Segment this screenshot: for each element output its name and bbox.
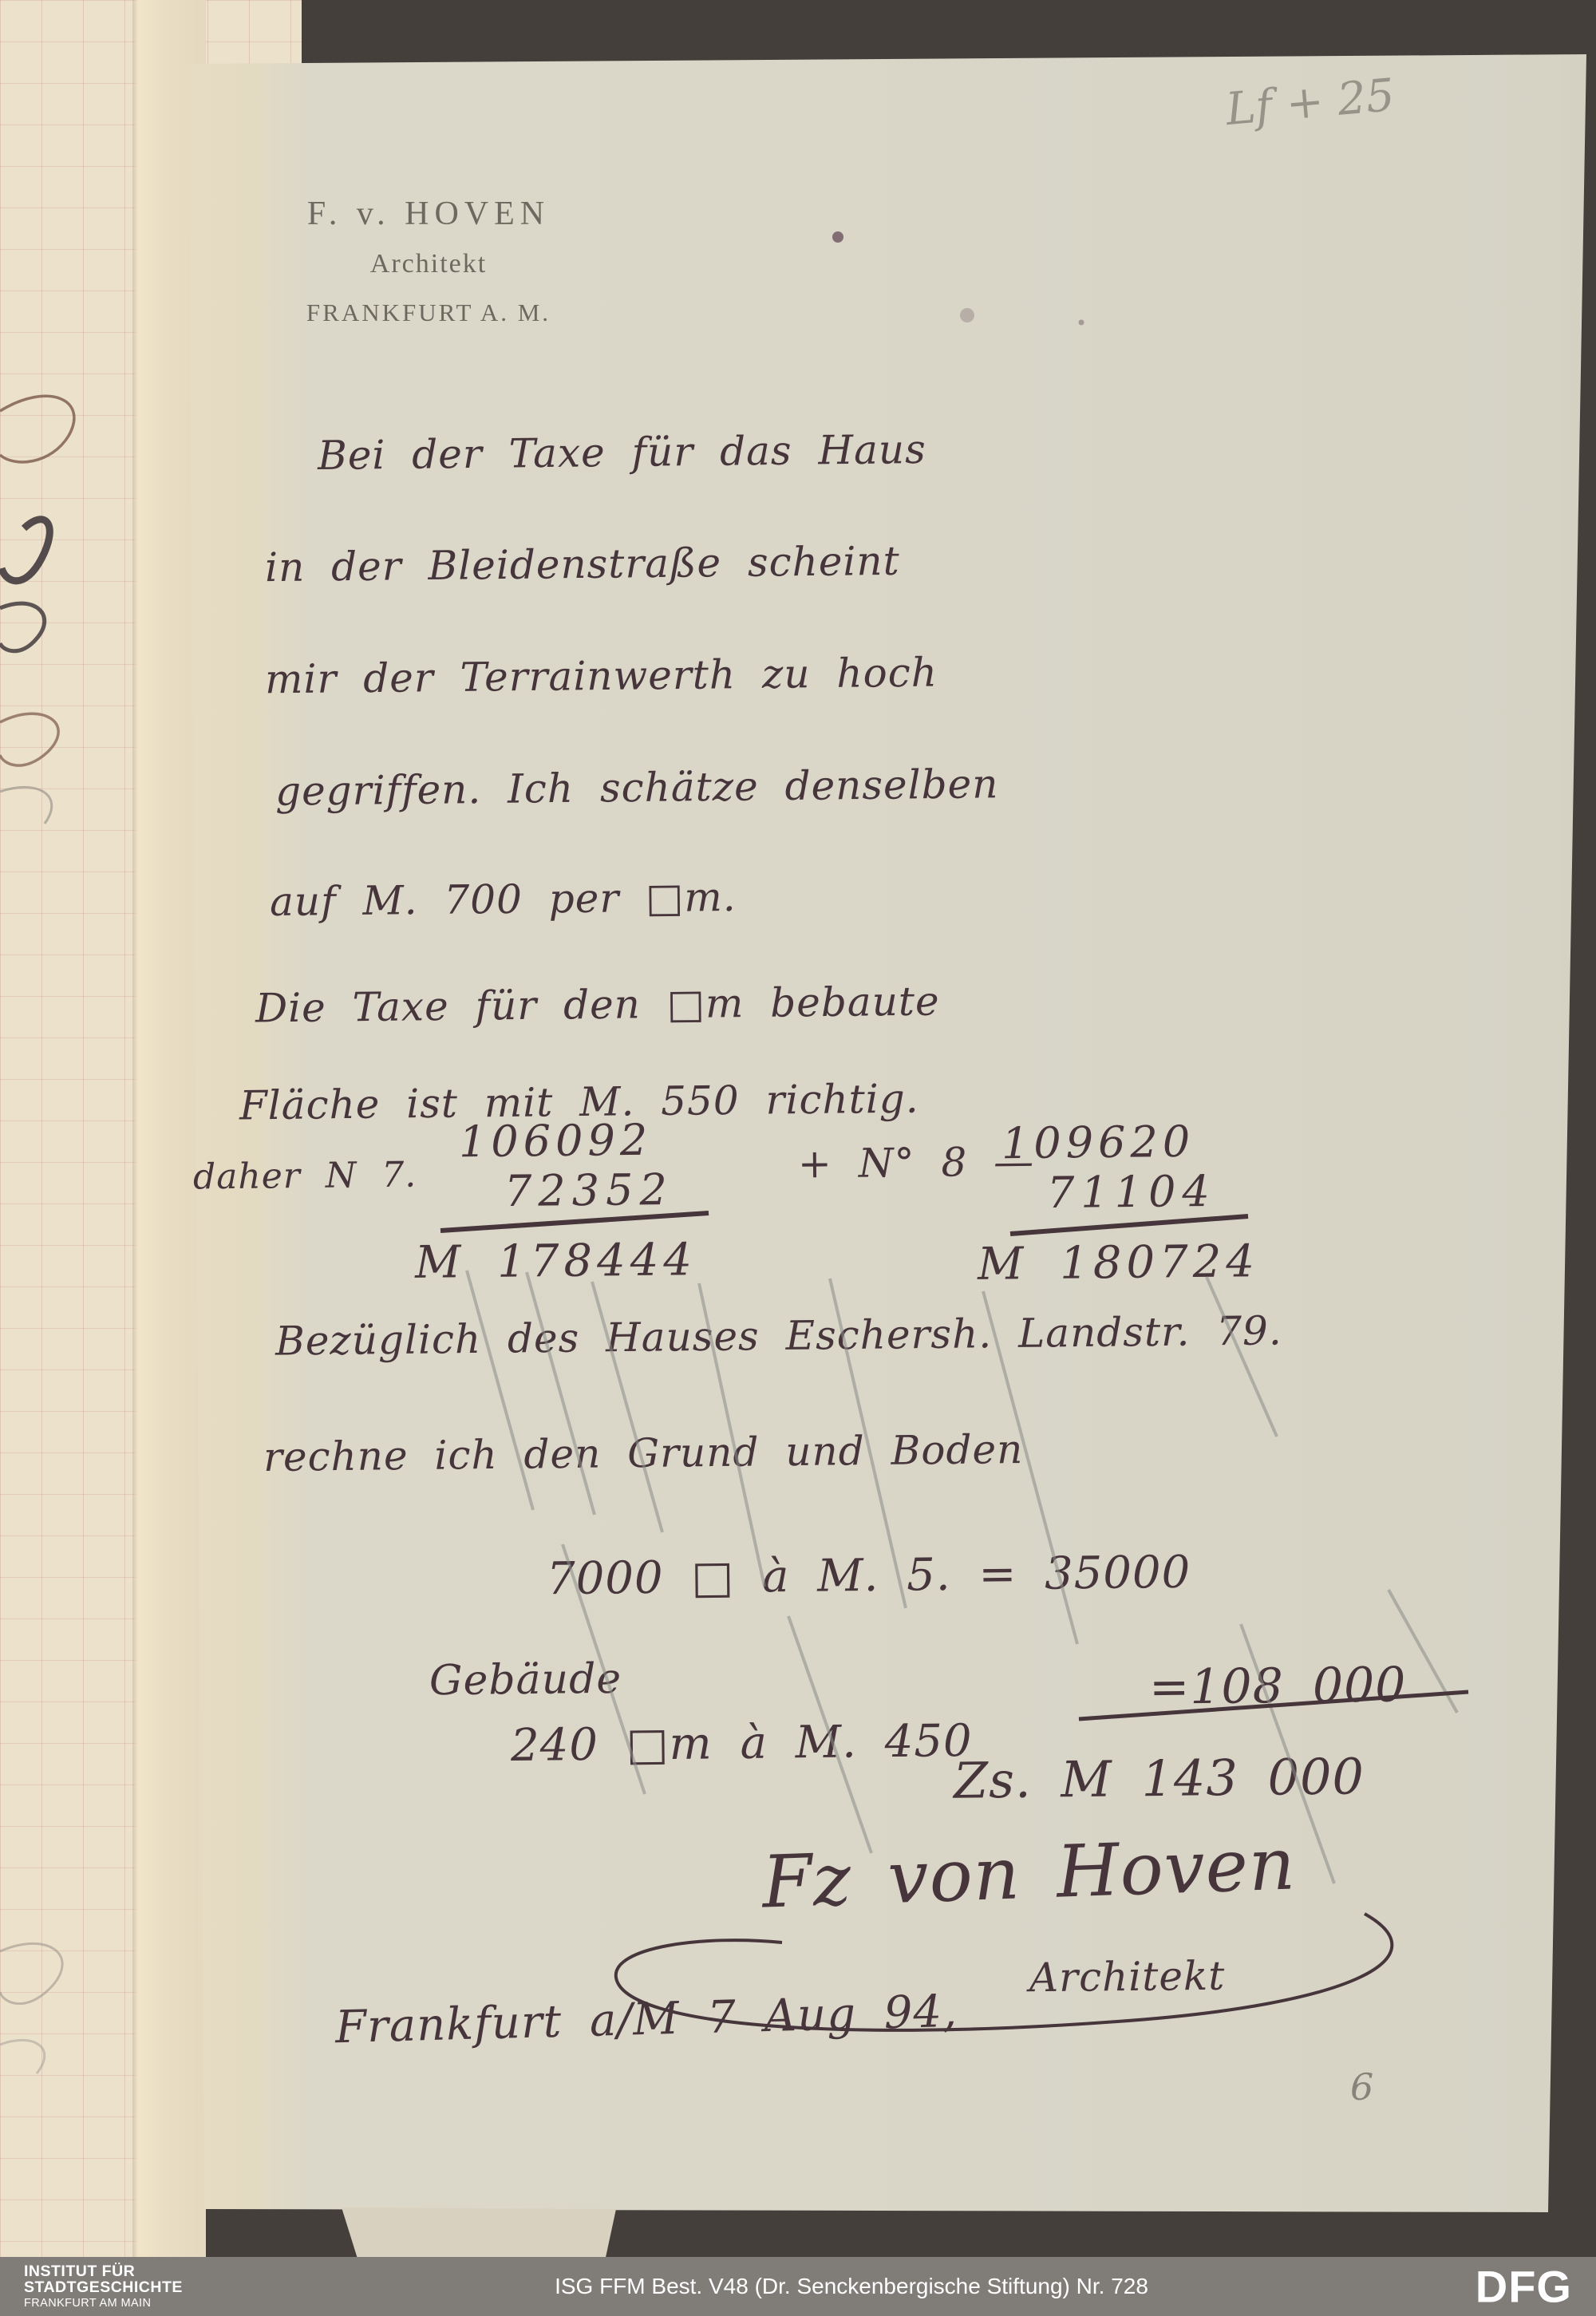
calc-col2-sum: M 180724 (978, 1235, 1260, 1290)
isg-logo-line1: INSTITUT FÜR (24, 2264, 183, 2280)
torn-paper-sliver (342, 2207, 616, 2260)
isg-logo-line2: STADTGESCHICHTE (24, 2280, 183, 2296)
valuation-total: Zs. M 143 000 (954, 1747, 1365, 1809)
calc-col2-addend1: 109620 (1001, 1117, 1195, 1169)
valuation-line-2: rechne ich den Grund und Boden (263, 1426, 1024, 1480)
valuation-line-5-result: =108 000 (1149, 1657, 1407, 1715)
letterhead-city: FRANKFURT A. M. (281, 298, 576, 327)
page-number-pencil: 6 (1350, 2065, 1373, 2109)
handwriting-line-2: in der Bleidenstraße scheint (265, 538, 900, 591)
archive-scan-viewer: F. v. HOVEN Architekt FRANKFURT A. M. ►◆… (0, 0, 1596, 2316)
calc-col1-sum: M 178444 (415, 1234, 697, 1289)
calc-col1-addend1: 106092 (459, 1115, 653, 1168)
valuation-line-5: 240 □m à M. 450 (511, 1715, 973, 1772)
valuation-line-3: 7000 □ à M. 5. = 35000 (547, 1547, 1191, 1605)
calc-label: daher N 7. (193, 1155, 417, 1198)
calc-col1-addend2: 72352 (504, 1164, 674, 1216)
handwriting-line-6: Die Taxe für den □m bebaute (255, 978, 940, 1032)
calc-col2-addend2: 71104 (1047, 1166, 1216, 1218)
letterhead-name: F. v. HOVEN (289, 195, 568, 233)
handwriting-line-1: Bei der Taxe für das Haus (318, 426, 926, 479)
handwriting-line-3: mir der Terrainwerth zu hoch (265, 650, 938, 703)
valuation-line-4: Gebäude (429, 1655, 622, 1705)
isg-logo-line3: FRANKFURT AM MAIN (24, 2298, 183, 2310)
calc-middle: + N° 8 — (798, 1138, 1035, 1187)
dfg-logo: DFG (1476, 2261, 1572, 2313)
handwriting-line-4: gegriffen. Ich schätze denselben (275, 761, 999, 814)
handwriting-line-5: auf M. 700 per □m. (270, 874, 737, 925)
isg-logo: INSTITUT FÜR STADTGESCHICHTE FRANKFURT A… (24, 2264, 183, 2310)
letterhead-title: Architekt (289, 249, 568, 279)
signature-title: Architekt (1029, 1953, 1226, 2002)
footer-bar: INSTITUT FÜR STADTGESCHICHTE FRANKFURT A… (0, 2257, 1596, 2316)
archive-reference: ISG FFM Best. V48 (Dr. Senckenbergische … (555, 2274, 1148, 2299)
